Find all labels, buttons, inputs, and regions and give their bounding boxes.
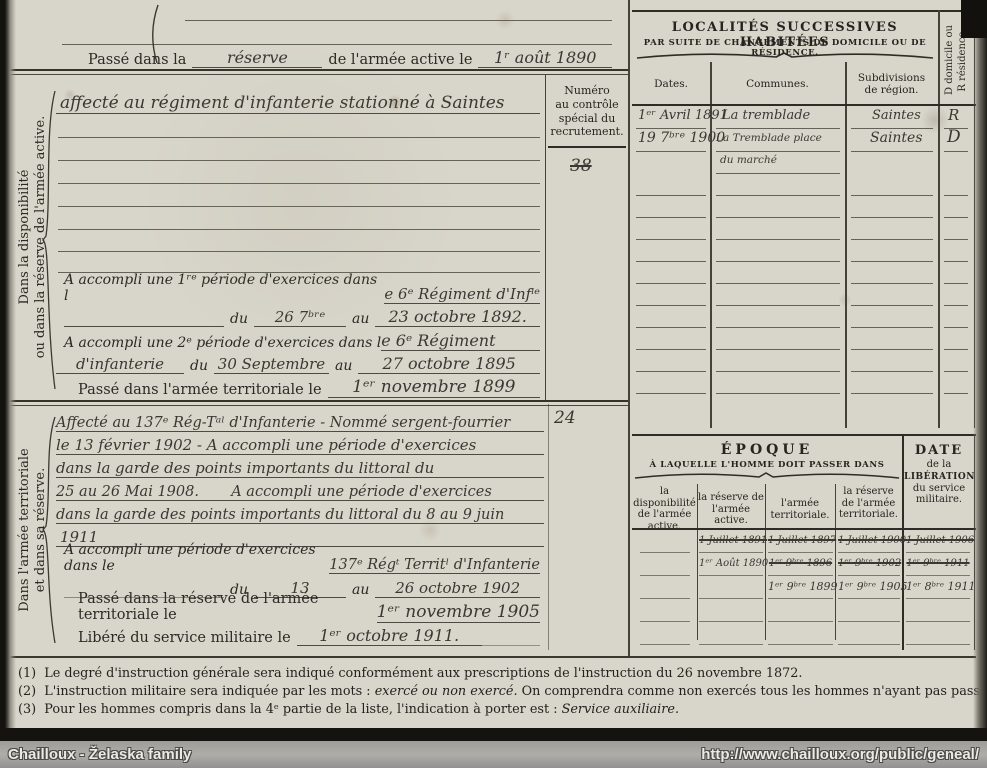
epoque-c4r1: 1 Juillet 1900 bbox=[838, 530, 900, 553]
blank-ruled-line bbox=[58, 183, 540, 184]
localites-row2-commune-l1: La Tremblade place bbox=[716, 132, 822, 144]
row-rule bbox=[944, 305, 968, 306]
localites-row1-dr: R bbox=[948, 106, 959, 124]
row-rule bbox=[716, 393, 840, 394]
footnote-1-text: Le degré d'instruction générale sera ind… bbox=[44, 666, 802, 681]
section-divider bbox=[8, 69, 628, 75]
sidebar-territorial-line1: Dans l'armée territoriale bbox=[17, 408, 33, 652]
row-rule bbox=[944, 195, 968, 196]
periode2-line: A accompli une 2ᵉ période d'exercices da… bbox=[64, 329, 540, 351]
row-rule bbox=[944, 283, 968, 284]
territorial-periode-regiment: 137ᵉ Régᵗ Territˡ d'Infanterie bbox=[329, 558, 540, 574]
epoque-c3r3: 1ᵉʳ 9ᵇʳᵉ 1899 bbox=[768, 576, 833, 599]
row-rule bbox=[851, 393, 933, 394]
epoque-table: ÉPOQUE À LAQUELLE L'HOMME DOIT PASSER DA… bbox=[632, 432, 976, 656]
row-rule bbox=[851, 239, 933, 240]
row-rule bbox=[636, 371, 706, 372]
passe-territoriale-date: 1ᵉʳ novembre 1899 bbox=[328, 379, 540, 398]
watermark-bar: Chailloux - Želaska family http://www.ch… bbox=[0, 741, 987, 768]
row-rule bbox=[851, 128, 933, 129]
scan-bottom-strip bbox=[0, 728, 987, 741]
epoque-col2-entries: 1 Juillet 1891 1ᵉʳ Août 1890 bbox=[699, 530, 763, 645]
periode2-to-value: 27 octobre 1895 bbox=[358, 356, 540, 374]
row-rule bbox=[716, 327, 840, 328]
epoque-divider bbox=[835, 484, 836, 640]
numero-label-line: Numéro bbox=[548, 84, 626, 98]
epoque-col1-entries bbox=[640, 530, 690, 645]
libere-prefix: Libéré du service militaire le bbox=[78, 630, 291, 646]
territorial-hw5: dans la garde des points importants du l… bbox=[56, 508, 544, 524]
row-rule bbox=[851, 151, 933, 152]
epoque-col3-entries: 1 Juillet 1897 1ᵉʳ 9ᵇʳᵉ 1896 1ᵉʳ 9ᵇʳᵉ 18… bbox=[768, 530, 833, 645]
row-rule bbox=[716, 217, 840, 218]
row-rule bbox=[944, 239, 968, 240]
periode2-from-value: 30 Septembre bbox=[214, 357, 329, 374]
localites-top-rule bbox=[632, 10, 976, 12]
localites-row2-dr: D bbox=[947, 127, 961, 147]
epoque-c3r2: 1ᵉʳ 9ᵇʳᵉ 1896 bbox=[768, 553, 833, 576]
row-rule bbox=[716, 349, 840, 350]
libere-date: 1ᵉʳ octobre 1911. bbox=[297, 628, 482, 646]
localites-divider bbox=[938, 10, 940, 428]
localites-row2-date: 19 7ᵇʳᵉ 1900 bbox=[638, 130, 725, 146]
localites-row2-commune-l2: du marché bbox=[720, 154, 777, 166]
epoque-flourish bbox=[634, 470, 900, 480]
territorial-periode-line: A accompli une période d'exercices dans … bbox=[64, 552, 540, 574]
passe-prefix-label: Passé dans la bbox=[88, 52, 186, 68]
territorial-hw-line: 25 au 26 Mai 1908. A accompli une périod… bbox=[56, 479, 544, 501]
sidebar-territorial-brace bbox=[42, 416, 56, 644]
localites-col-subdivisions: Subdivisionsde région. bbox=[845, 72, 938, 96]
territorial-hw4: 25 au 26 Mai 1908. A accompli une périod… bbox=[56, 485, 544, 501]
epoque-c5r1: 1 Juillet 1906 bbox=[906, 530, 970, 553]
footnote-1-marker: (1) bbox=[18, 666, 36, 681]
passe-branch-value: réserve bbox=[192, 50, 322, 68]
footnote-3-text-pre: Pour les hommes compris dans la 4ᵉ parti… bbox=[44, 702, 561, 717]
au-label: au bbox=[335, 358, 352, 374]
territorial-number-divider bbox=[548, 404, 549, 650]
footnote-2-text-pre: L'instruction militaire sera indiquée pa… bbox=[44, 684, 374, 699]
localites-header-rule bbox=[632, 104, 976, 106]
epoque-col5-entries: 1 Juillet 1906 1ᵉʳ 9ᵇʳᵉ 1911 1ᵉʳ 8ᵇʳᵉ 19… bbox=[906, 530, 970, 645]
epoque-col4-entries: 1 Juillet 1900 1ᵉʳ 9ᵇʳᵉ 1902 1ᵉʳ 9ᵇʳᵉ 19… bbox=[838, 530, 900, 645]
row-rule bbox=[636, 283, 706, 284]
blank-ruled-line bbox=[58, 229, 540, 230]
row-rule bbox=[944, 371, 968, 372]
row-rule bbox=[716, 371, 840, 372]
section-divider bbox=[8, 400, 628, 406]
numero-label-line: au contrôle bbox=[548, 98, 626, 112]
blank-ruled-line bbox=[58, 137, 540, 138]
epoque-c2r2: 1ᵉʳ Août 1890 bbox=[699, 553, 763, 576]
scan-left-edge bbox=[0, 0, 16, 741]
localites-row1-date: 1ᵉʳ Avril 1891 bbox=[638, 108, 728, 123]
row-rule bbox=[851, 283, 933, 284]
numero-box-rule bbox=[548, 146, 626, 148]
scan-right-edge bbox=[973, 0, 987, 741]
periode1-line: A accompli une 1ʳᵉ période d'exercices d… bbox=[64, 282, 540, 304]
footnote-3-italic: Service auxiliaire. bbox=[562, 702, 679, 717]
au-label: au bbox=[352, 311, 369, 327]
localites-row1-commune: La tremblade bbox=[722, 108, 810, 123]
epoque-col4-header: la réserve de l'armée territoriale. bbox=[836, 486, 901, 521]
scan-corner-black bbox=[961, 0, 987, 38]
row-rule bbox=[944, 261, 968, 262]
periode1-from-value: 26 7ᵇʳᵉ bbox=[254, 310, 346, 327]
blank-ruled-line bbox=[58, 160, 540, 161]
sidebar-active-brace bbox=[42, 90, 56, 390]
row-rule bbox=[851, 371, 933, 372]
row-rule bbox=[851, 327, 933, 328]
periode2-regiment-value: e 6ᵉ Régiment bbox=[381, 333, 540, 351]
row-rule bbox=[716, 151, 840, 152]
du-label: du bbox=[230, 311, 248, 327]
epoque-date-header: DATE de la LIBÉRATION du service militai… bbox=[904, 444, 974, 506]
row-rule bbox=[636, 151, 706, 152]
footnote-3: (3) Pour les hommes compris dans la 4ᵉ p… bbox=[18, 702, 679, 717]
row-rule bbox=[716, 195, 840, 196]
row-rule bbox=[636, 327, 706, 328]
row-rule bbox=[636, 305, 706, 306]
footnote-2-italic: exercé ou non exercé. bbox=[375, 684, 518, 699]
numero-column-divider bbox=[545, 74, 546, 400]
row-rule bbox=[716, 261, 840, 262]
reserve-territoriale-date: 1ᵉʳ novembre 1905 bbox=[377, 604, 540, 623]
territorial-periode-prefix: A accompli une période d'exercices dans … bbox=[64, 542, 329, 574]
blank-segment bbox=[482, 645, 540, 646]
passe-territoriale-prefix: Passé dans l'armée territoriale le bbox=[78, 382, 322, 398]
row-rule bbox=[636, 393, 706, 394]
passe-date-value: 1ʳ août 1890 bbox=[478, 50, 612, 68]
footnote-3-marker: (3) bbox=[18, 702, 36, 717]
footnote-1: (1) Le degré d'instruction générale sera… bbox=[18, 666, 802, 681]
epoque-c3r1: 1 Juillet 1897 bbox=[768, 530, 833, 553]
sidebar-active-line1: Dans la disponibilité bbox=[17, 78, 33, 396]
periode2-prefix: A accompli une 2ᵉ période d'exercices da… bbox=[64, 335, 381, 351]
epoque-title: ÉPOQUE bbox=[632, 442, 902, 458]
row-rule bbox=[851, 305, 933, 306]
row-rule bbox=[944, 151, 968, 152]
affecte-regiment-line: affecté au régiment d'infanterie station… bbox=[56, 88, 540, 114]
epoque-c4r3: 1ᵉʳ 9ᵇʳᵉ 1905 bbox=[838, 576, 900, 599]
row-rule bbox=[851, 261, 933, 262]
periode1-prefix: A accompli une 1ʳᵉ période d'exercices d… bbox=[64, 272, 384, 304]
epoque-c2r1: 1 Juillet 1891 bbox=[699, 530, 763, 553]
territorial-hw-line: dans la garde des points importants du l… bbox=[56, 502, 544, 524]
row-rule bbox=[636, 195, 706, 196]
territorial-to-value: 26 octobre 1902 bbox=[375, 581, 540, 598]
passe-territoriale-line: Passé dans l'armée territoriale le 1ᵉʳ n… bbox=[78, 374, 540, 398]
footnote-2-text-post: On comprendra comme non exercés tous les… bbox=[518, 684, 987, 699]
row-rule bbox=[944, 393, 968, 394]
row-rule bbox=[716, 305, 840, 306]
footnote-2-marker: (2) bbox=[18, 684, 36, 699]
epoque-c4r2: 1ᵉʳ 9ᵇʳᵉ 1902 bbox=[838, 553, 900, 576]
localites-col-communes: Communes. bbox=[710, 78, 845, 90]
epoque-top-rule bbox=[632, 434, 976, 436]
numero-label-line: recrutement. bbox=[548, 125, 626, 139]
watermark-family-label: Chailloux - Želaska family bbox=[8, 746, 191, 763]
row-rule bbox=[716, 283, 840, 284]
row-rule bbox=[716, 173, 840, 174]
passe-reserve-line: Passé dans la réserve de l'armée active … bbox=[88, 44, 612, 68]
numero-label-line: spécial du bbox=[548, 112, 626, 126]
row-rule bbox=[851, 349, 933, 350]
epoque-c5r3: 1ᵉʳ 8ᵇʳᵉ 1911 bbox=[906, 576, 970, 599]
epoque-divider bbox=[697, 484, 698, 640]
reserve-territoriale-prefix: Passé dans la réserve de l'armée territo… bbox=[78, 591, 373, 623]
scanned-military-record: Passé dans la réserve de l'armée active … bbox=[0, 0, 987, 768]
row-rule bbox=[636, 217, 706, 218]
localites-flourish bbox=[636, 50, 934, 60]
libere-line: Libéré du service militaire le 1ᵉʳ octob… bbox=[78, 622, 540, 646]
territorial-margin-number: 24 bbox=[554, 408, 576, 428]
row-rule bbox=[851, 217, 933, 218]
footnote-2: (2) L'instruction militaire sera indiqué… bbox=[18, 684, 987, 699]
passe-mid-label: de l'armée active le bbox=[328, 52, 472, 68]
row-rule bbox=[716, 128, 840, 129]
watermark-url: http://www.chailloux.org/public/geneal/ bbox=[701, 746, 979, 763]
row-rule bbox=[636, 349, 706, 350]
row-rule bbox=[636, 128, 706, 129]
row-rule bbox=[944, 349, 968, 350]
reserve-territoriale-line: Passé dans la réserve de l'armée territo… bbox=[78, 599, 540, 623]
numero-struck-value: 38 bbox=[570, 156, 592, 176]
row-rule bbox=[944, 217, 968, 218]
territorial-hw-line: Affecté au 137ᵉ Rég-Tᵃˡ d'Infanterie - N… bbox=[56, 410, 544, 432]
periode2-regiment-cont: d'infanterie bbox=[56, 357, 184, 374]
epoque-col2-header: la réserve de l'armée active. bbox=[698, 492, 764, 527]
localites-row2-subdiv: Saintes bbox=[870, 130, 923, 146]
row-rule bbox=[636, 239, 706, 240]
epoque-col3-header: l'armée territoriale. bbox=[766, 498, 834, 521]
territorial-hw-line: dans la garde des points importants du l… bbox=[56, 456, 544, 478]
localites-table: LOCALITÉS SUCCESSIVES HABITÉES PAR SUITE… bbox=[632, 6, 976, 430]
territorial-hw3: dans la garde des points importants du l… bbox=[56, 461, 544, 478]
periode1-regiment-value: e 6ᵉ Régiment d'Infⁱᵉ bbox=[384, 287, 540, 304]
epoque-subtitle: À LAQUELLE L'HOMME DOIT PASSER DANS bbox=[632, 460, 902, 470]
territorial-hw-line: le 13 février 1902 - A accompli une péri… bbox=[56, 433, 544, 455]
blank-ruled-line bbox=[58, 251, 540, 252]
numero-box: Numéro au contrôle spécial du recrutemen… bbox=[548, 84, 626, 139]
localites-row1-subdiv: Saintes bbox=[872, 108, 921, 123]
territorial-hw2: le 13 février 1902 - A accompli une péri… bbox=[56, 438, 544, 455]
blank-ruled-line bbox=[185, 20, 612, 21]
localites-divider bbox=[845, 62, 847, 428]
epoque-col1-header: la disponibilité de l'armée active. bbox=[633, 486, 696, 532]
row-rule bbox=[716, 239, 840, 240]
periode1-dates-line: du 26 7ᵇʳᵉ au 23 octobre 1892. bbox=[64, 305, 540, 327]
row-rule bbox=[851, 195, 933, 196]
blank-segment bbox=[64, 326, 224, 327]
row-rule bbox=[636, 261, 706, 262]
blank-ruled-line bbox=[58, 206, 540, 207]
territorial-hw1: Affecté au 137ᵉ Rég-Tᵃˡ d'Infanterie - N… bbox=[56, 416, 544, 432]
du-label: du bbox=[190, 358, 208, 374]
localites-col-dates: Dates. bbox=[632, 78, 710, 90]
right-panel-border bbox=[628, 0, 630, 657]
form-bottom-rule bbox=[8, 656, 976, 658]
periode1-to-value: 23 octobre 1892. bbox=[375, 309, 540, 327]
periode2-dates-line: d'infanterie du 30 Septembre au 27 octob… bbox=[56, 352, 540, 374]
affecte-regiment-value: affecté au régiment d'infanterie station… bbox=[56, 95, 540, 114]
epoque-c5r2: 1ᵉʳ 9ᵇʳᵉ 1911 bbox=[906, 553, 970, 576]
row-rule bbox=[944, 327, 968, 328]
